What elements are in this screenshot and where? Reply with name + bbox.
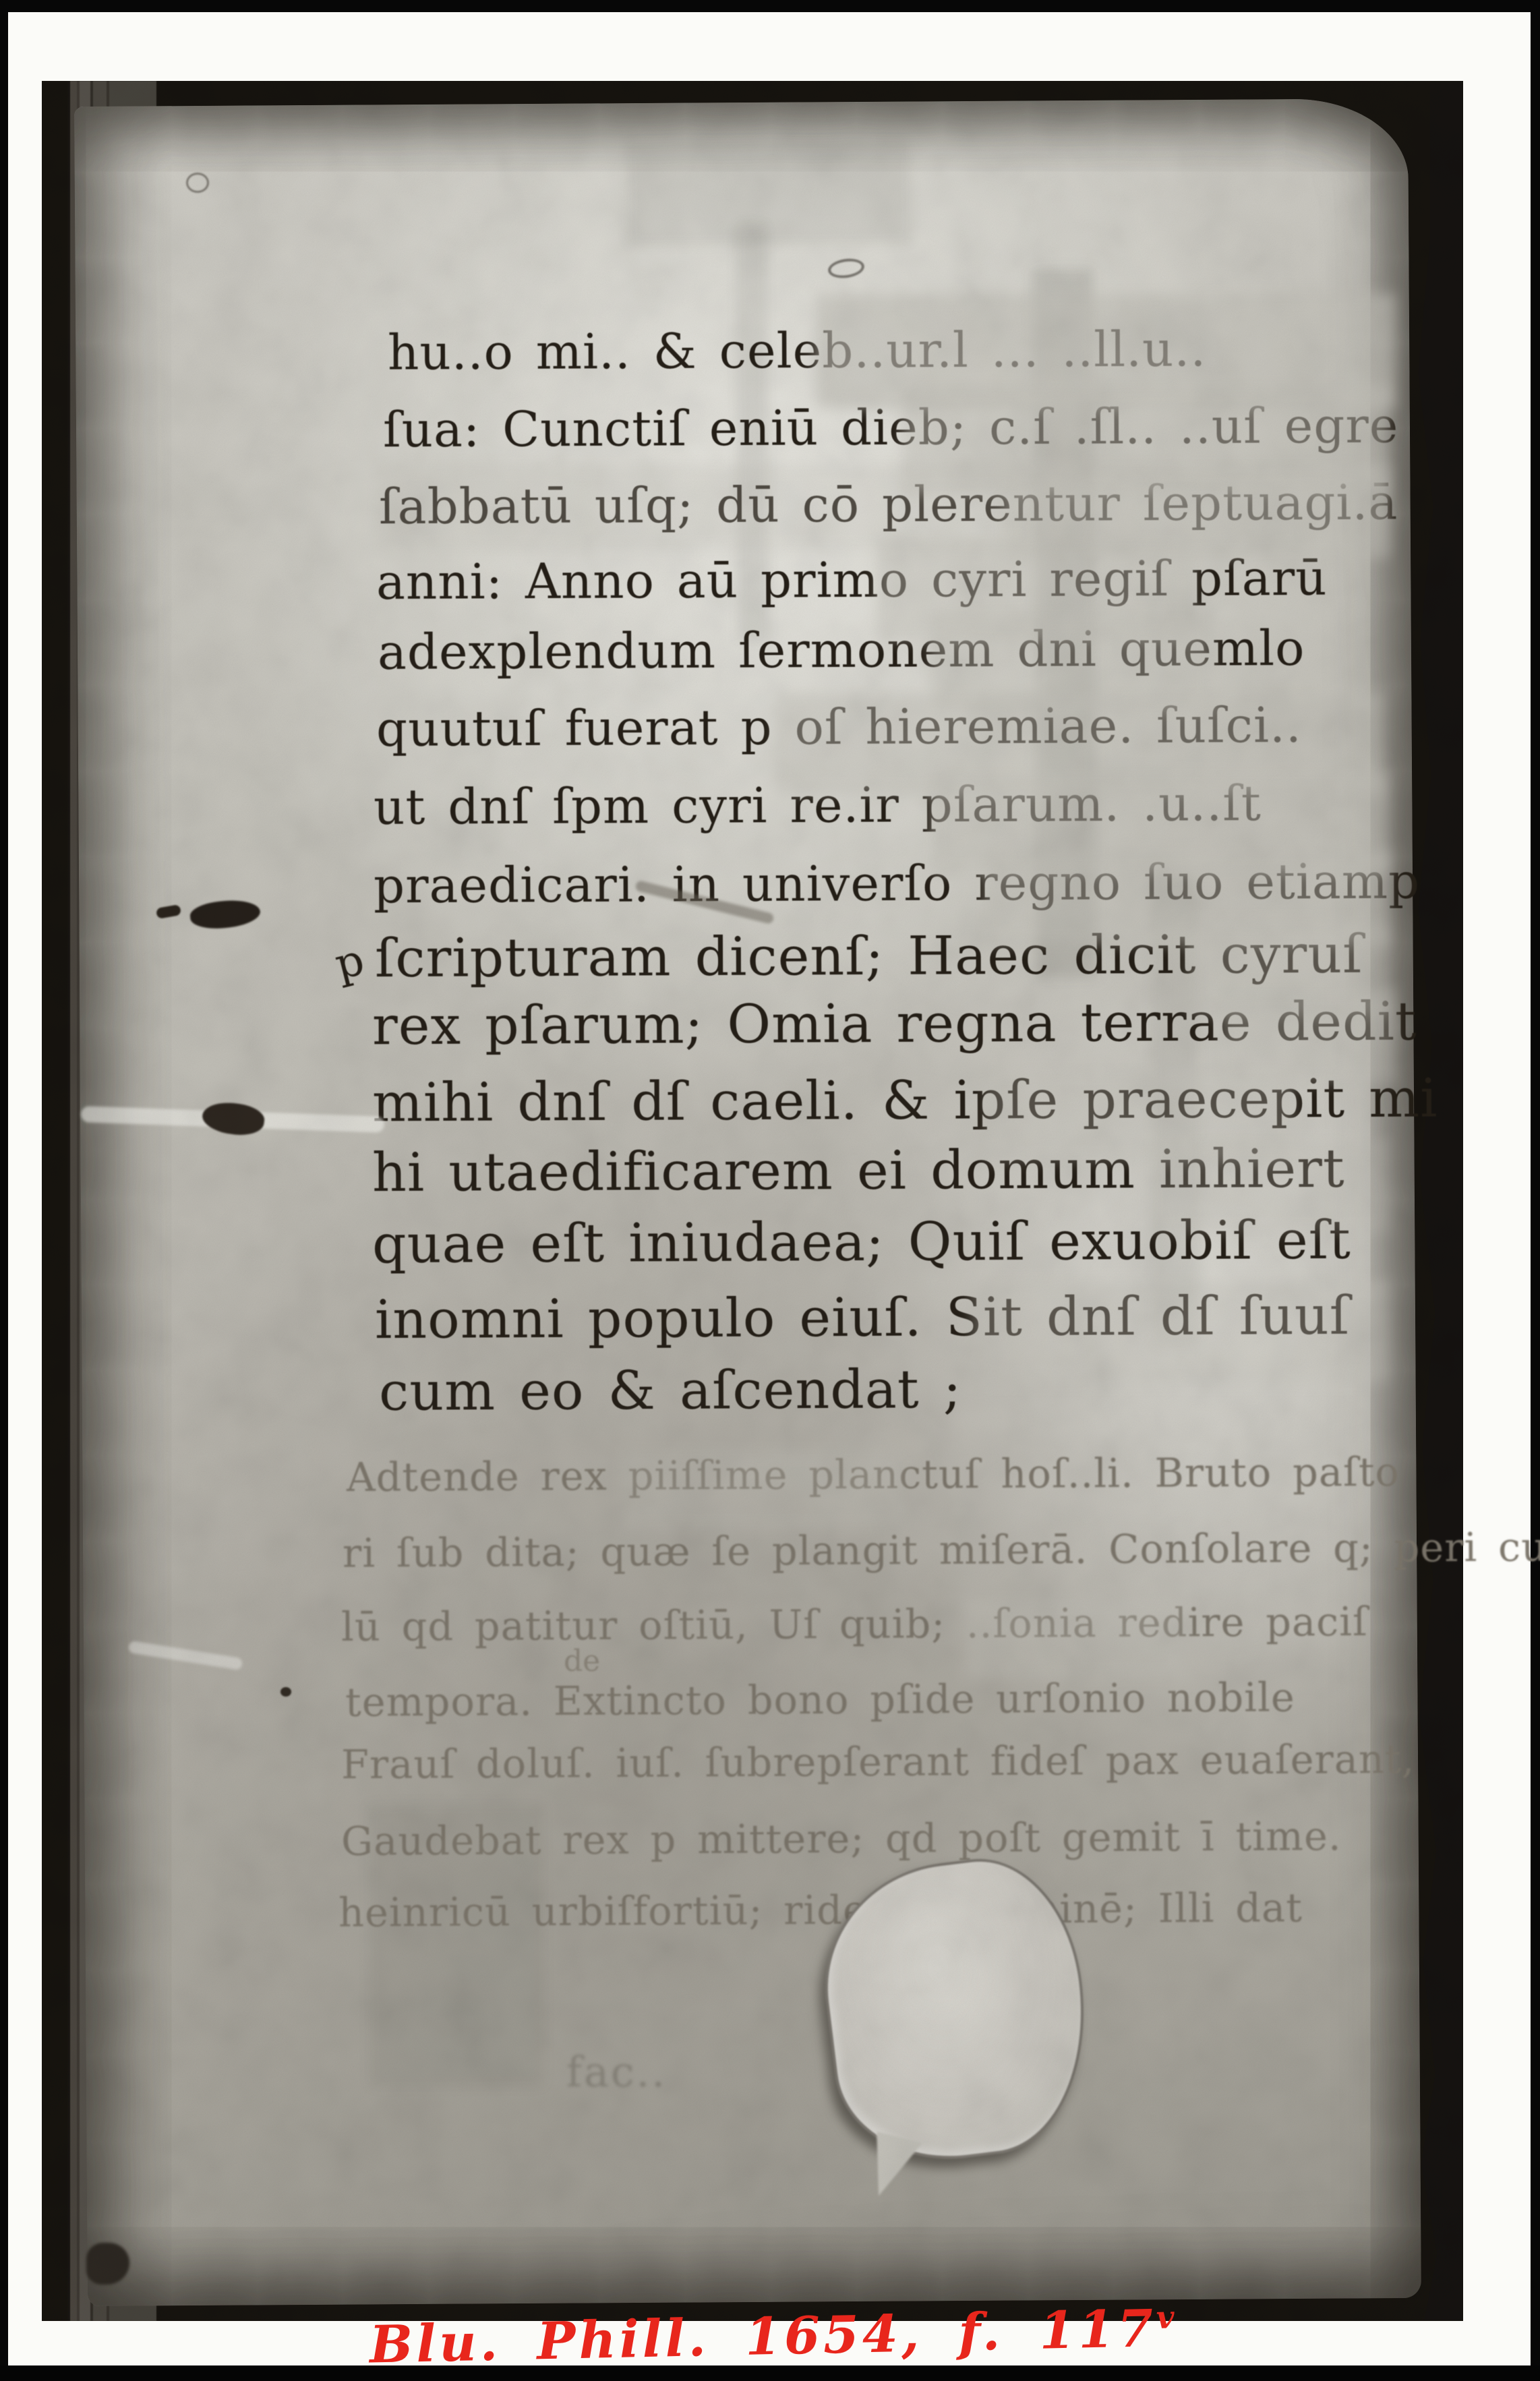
manuscript-line: cum eo & aſcendat ; [379, 1358, 962, 1423]
manuscript-line: adexplendum ſermonem dni quemlo [378, 620, 1305, 680]
manuscript-line: ſcripturam dicenſ; Haec dicit cyruſ [375, 923, 1363, 989]
manuscript-line: inomni populo eiuſ. Sit dnſ dſ ſuuſ [375, 1285, 1350, 1351]
manuscript-line: anni: Anno aū primo cyri regiſ pſarū [376, 550, 1328, 610]
manuscript-line: ſabbatū uſq; dū cō plerentur ſeptuagi.ā [379, 474, 1398, 535]
manuscript-line: hu..o mi.. & celeb..ur.l ... ..ll.u.. [388, 320, 1207, 380]
manuscript-line: mihi dnſ dſ caeli. & ipſe praecepit mi [372, 1067, 1438, 1134]
ghost-text: fac.. [566, 2047, 667, 2096]
manuscript-line: ſua: Cunctiſ eniū dieb; c.ſ .ſl.. ..uſ e… [383, 397, 1399, 459]
manuscript-line: quae eſt iniudaea; Quiſ exuobiſ eſt [372, 1209, 1351, 1275]
addendum-line: Gaudebat rex p mittere; qd poſt gemit ī … [341, 1813, 1342, 1864]
addendum-line: Adtende rex piiſſime planctuſ hoſ..li. B… [347, 1448, 1400, 1500]
manuscript-line: rex pſarum; Omia regna terrae dedit [372, 991, 1417, 1057]
shelfmark-folio-superscript: v [1156, 2299, 1178, 2336]
addendum-line: Frauſ doluſ. iuſ. ſubrepſerant fideſ pax… [341, 1736, 1415, 1788]
addendum-line: lū qd patitur oſtiū, Uſ quib; ..ſonia re… [341, 1598, 1368, 1650]
manuscript-line: quutuſ fuerat p oſ hieremiae. ſuſci.. [376, 697, 1302, 757]
book-fore-edge [1413, 81, 1463, 2321]
addendum-line: tempora. Extincto bono pſide urſonio nob… [345, 1674, 1295, 1725]
interlinear-note: de [564, 1644, 600, 1678]
wormhole-ring-mark [186, 173, 209, 193]
addendum-line: ri ſub dita; quæ ſe plangit miſerā. Conſ… [343, 1523, 1540, 1576]
photograph-mount: hu..o mi.. & celeb..ur.l ... ..ll.u.. ſu… [0, 0, 1540, 2381]
manuscript-line: hi utaedificarem ei domum inhiert [372, 1138, 1345, 1204]
bottom-frame-bar [0, 2365, 1540, 2381]
addendum-line: heinricū urbiſfortiū; ridericū hominē; I… [338, 1884, 1303, 1935]
ink-dot-mark [280, 1687, 291, 1697]
manuscript-line: praedicari. in univerſo regno ſuo etiamp [374, 853, 1420, 914]
stain [627, 142, 911, 245]
manuscript-line: ut dnſ ſpm cyri re.ir pſarum. .u..ſt [374, 775, 1262, 835]
